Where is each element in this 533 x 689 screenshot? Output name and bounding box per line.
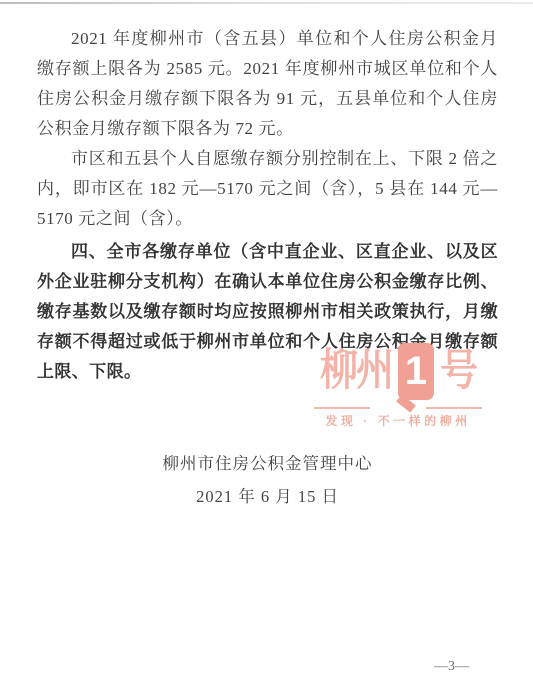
page-number: —3—: [434, 659, 469, 675]
document-page: 2021 年度柳州市（含五县）单位和个人住房公积金月缴存额上限各为 2585 元…: [0, 0, 533, 689]
signature-block: 柳州市住房公积金管理中心 2021 年 6 月 15 日: [37, 447, 498, 513]
scan-edge-line: [0, 2, 533, 4]
paragraph-item-four: 四、全市各缴存单位（含中直企业、区直企业、以及区外企业驻柳分支机构）在确认本单位…: [37, 237, 498, 387]
paragraph-voluntary-deposit: 市区和五县个人自愿缴存额分别控制在上、下限 2 倍之内，即市区在 182 元—5…: [37, 144, 498, 234]
signature-date: 2021 年 6 月 15 日: [37, 480, 498, 513]
signature-organization: 柳州市住房公积金管理中心: [37, 447, 498, 480]
document-body: 2021 年度柳州市（含五县）单位和个人住房公积金月缴存额上限各为 2585 元…: [37, 24, 498, 513]
paragraph-upper-limit: 2021 年度柳州市（含五县）单位和个人住房公积金月缴存额上限各为 2585 元…: [37, 24, 498, 144]
